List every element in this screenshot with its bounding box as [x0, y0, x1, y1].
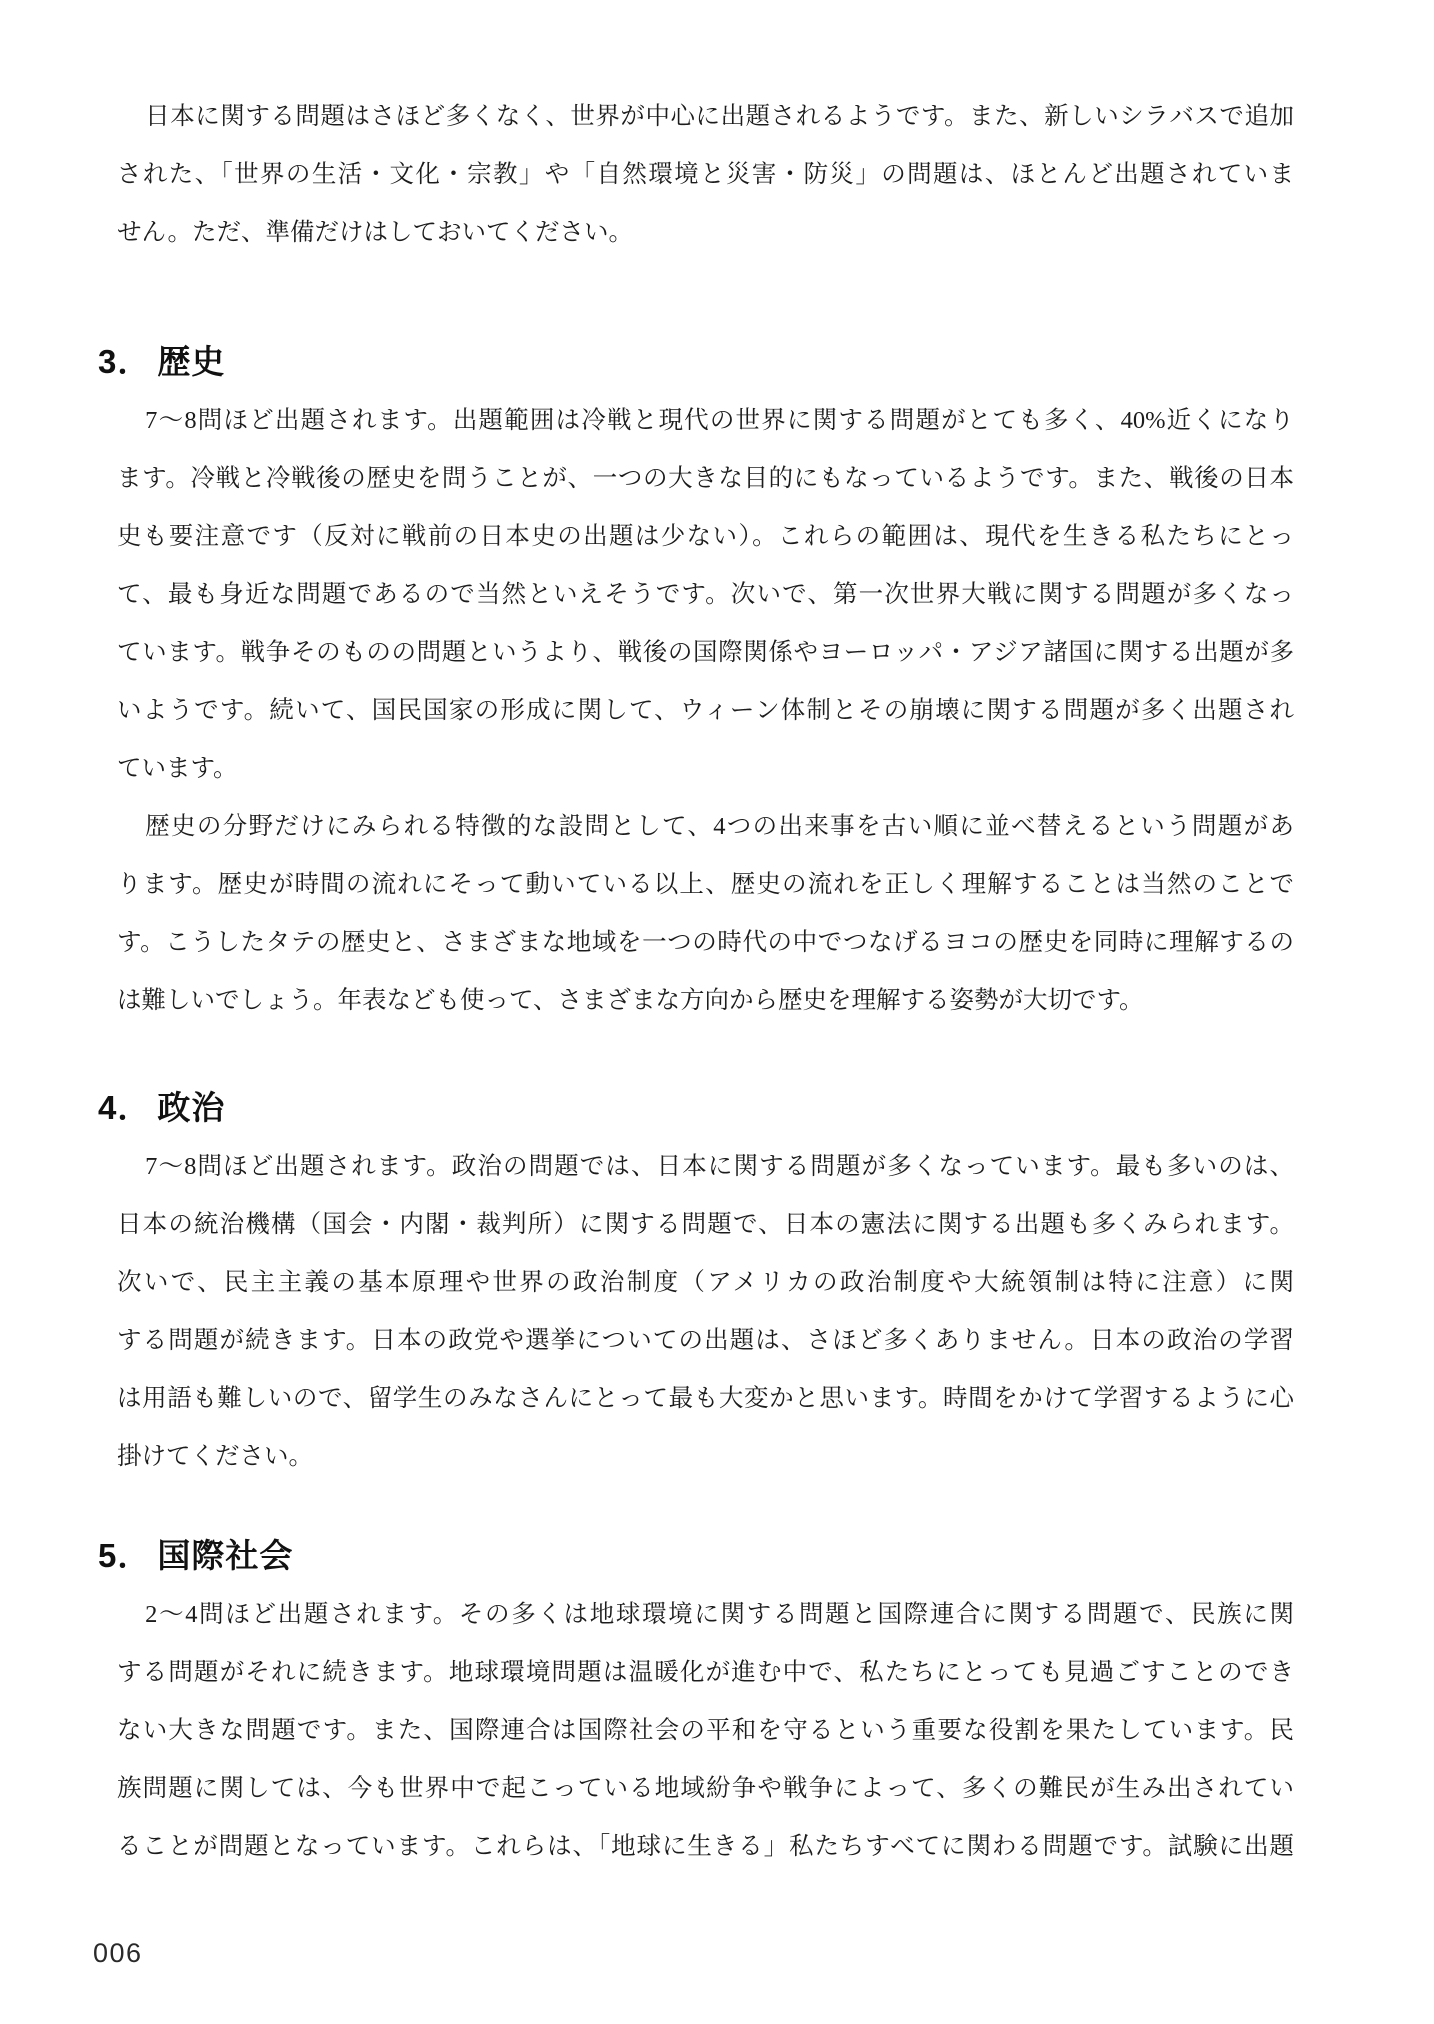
paragraph: 日本に関する問題はさほど多くなく、世界が中心に出題されるようです。また、新しいシ… — [117, 88, 1294, 262]
text-line: ない大きな問題です。また、国際連合は国際社会の平和を守るという重要な役割を果たし… — [117, 1702, 1294, 1760]
paragraph: 7〜8問ほど出題されます。出題範囲は冷戦と現代の世界に関する問題がとても多く、4… — [117, 392, 1294, 798]
paragraph: 7〜8問ほど出題されます。政治の問題では、日本に関する問題が多くなっています。最… — [117, 1138, 1294, 1486]
text-line: 族問題に関しては、今も世界中で起こっている地域紛争や戦争によって、多くの難民が生… — [117, 1760, 1294, 1818]
text-line: ることが問題となっています。これらは、「地球に生きる」私たちすべてに関わる問題で… — [117, 1818, 1294, 1876]
text-line: て、最も身近な問題であるので当然といえそうです。次いで、第一次世界大戦に関する問… — [117, 566, 1294, 624]
text-line: ています。 — [117, 740, 1294, 798]
text-line: いようです。続いて、国民国家の形成に関して、ウィーン体制とその崩壊に関する問題が… — [117, 682, 1294, 740]
text-line: された、「世界の生活・文化・宗教」や「自然環境と災害・防災」の問題は、ほとんど出… — [117, 146, 1294, 204]
text-line: す。こうしたタテの歴史と、さまざまな地域を一つの時代の中でつなげるヨコの歴史を同… — [117, 914, 1294, 972]
text-line: 次いで、民主主義の基本原理や世界の政治制度（アメリカの政治制度や大統領制は特に注… — [117, 1254, 1294, 1312]
section-number: 5． — [98, 1537, 151, 1574]
section-heading: 4．政治 — [98, 1086, 1434, 1130]
text-line: する問題が続きます。日本の政党や選挙についての出題は、さほど多くありません。日本… — [117, 1312, 1294, 1370]
paragraph: 2〜4問ほど出題されます。その多くは地球環境に関する問題と国際連合に関する問題で… — [117, 1586, 1294, 1876]
text-line: する問題がそれに続きます。地球環境問題は温暖化が進む中で、私たちにとっても見過ご… — [117, 1644, 1294, 1702]
text-line: ります。歴史が時間の流れにそって動いている以上、歴史の流れを正しく理解することは… — [117, 856, 1294, 914]
text-line: ます。冷戦と冷戦後の歴史を問うことが、一つの大きな目的にもなっているようです。ま… — [117, 450, 1294, 508]
section-heading: 3．歴史 — [98, 340, 1434, 384]
paragraph: 歴史の分野だけにみられる特徴的な設問として、4つの出来事を古い順に並べ替えるとい… — [117, 798, 1294, 1030]
section-title: 国際社会 — [157, 1537, 293, 1574]
text-line: 7〜8問ほど出題されます。出題範囲は冷戦と現代の世界に関する問題がとても多く、4… — [117, 392, 1294, 450]
text-line: 史も要注意です（反対に戦前の日本史の出題は少ない）。これらの範囲は、現代を生きる… — [117, 508, 1294, 566]
page-number: 006 — [93, 1938, 143, 1968]
text-line: は用語も難しいので、留学生のみなさんにとって最も大変かと思います。時間をかけて学… — [117, 1370, 1294, 1428]
document-page: 日本に関する問題はさほど多くなく、世界が中心に出題されるようです。また、新しいシ… — [0, 0, 1434, 2024]
section-title: 政治 — [157, 1089, 225, 1126]
section-heading: 5．国際社会 — [98, 1534, 1434, 1578]
text-line: 歴史の分野だけにみられる特徴的な設問として、4つの出来事を古い順に並べ替えるとい… — [117, 798, 1294, 856]
page-content: 日本に関する問題はさほど多くなく、世界が中心に出題されるようです。また、新しいシ… — [0, 0, 1434, 1876]
text-line: 2〜4問ほど出題されます。その多くは地球環境に関する問題と国際連合に関する問題で… — [117, 1586, 1294, 1644]
text-line: 日本に関する問題はさほど多くなく、世界が中心に出題されるようです。また、新しいシ… — [117, 88, 1294, 146]
text-line: 掛けてください。 — [117, 1428, 1294, 1486]
page-footer: 006 — [93, 1938, 1434, 1968]
section-number: 3． — [98, 343, 151, 380]
text-line: 日本の統治機構（国会・内閣・裁判所）に関する問題で、日本の憲法に関する出題も多く… — [117, 1196, 1294, 1254]
text-line: 7〜8問ほど出題されます。政治の問題では、日本に関する問題が多くなっています。最… — [117, 1138, 1294, 1196]
text-line: ています。戦争そのものの問題というより、戦後の国際関係やヨーロッパ・アジア諸国に… — [117, 624, 1294, 682]
section-number: 4． — [98, 1089, 151, 1126]
section-title: 歴史 — [157, 343, 225, 380]
text-line: は難しいでしょう。年表なども使って、さまざまな方向から歴史を理解する姿勢が大切で… — [117, 972, 1294, 1030]
text-line: せん。ただ、準備だけはしておいてください。 — [117, 204, 1294, 262]
